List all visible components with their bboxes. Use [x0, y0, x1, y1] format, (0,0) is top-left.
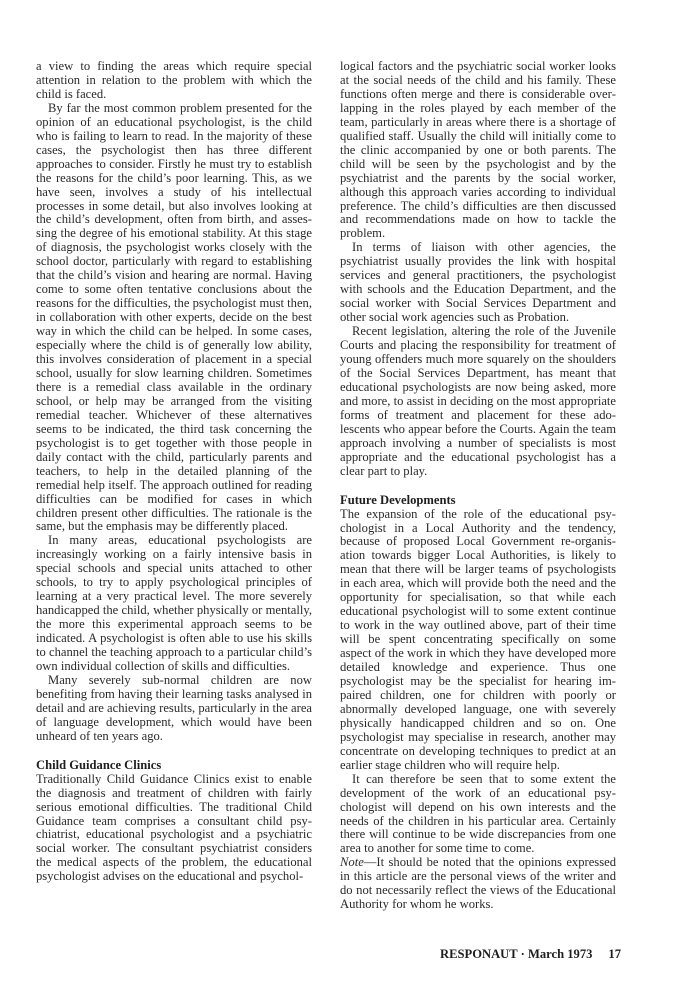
paragraph: It can therefore be seen that to some ex… — [340, 773, 616, 857]
note-paragraph: Note—It should be noted that the opinion… — [340, 856, 616, 912]
note-label: Note — [340, 855, 364, 869]
paragraph: Traditionally Child Guidance Clinics exi… — [36, 773, 312, 885]
paragraph: Recent legislation, altering the role of… — [340, 325, 616, 478]
paragraph: By far the most common problem presented… — [36, 102, 312, 535]
paragraph: In many areas, educational psychologists… — [36, 534, 312, 674]
right-column: logical factors and the psychiatric soci… — [340, 60, 616, 912]
paragraph: The expansion of the role of the educati… — [340, 508, 616, 773]
paragraph: Many severely sub-normal children are no… — [36, 674, 312, 744]
note-text: —It should be noted that the opinions ex… — [340, 855, 616, 911]
section-heading-child-guidance-clinics: Child Guidance Clinics — [36, 759, 312, 773]
paragraph: logical factors and the psychiatric soci… — [340, 60, 616, 241]
page-footer: RESPONAUT · March 197317 — [440, 947, 621, 962]
paragraph: In terms of liaison with other agencies,… — [340, 241, 616, 325]
left-column: a view to finding the areas which requir… — [36, 60, 312, 884]
paragraph: a view to finding the areas which requir… — [36, 60, 312, 102]
section-heading-future-developments: Future Developments — [340, 494, 616, 508]
page-number: 17 — [608, 947, 621, 961]
publication-name: RESPONAUT · March 1973 — [440, 947, 592, 961]
document-page: a view to finding the areas which requir… — [0, 0, 690, 993]
